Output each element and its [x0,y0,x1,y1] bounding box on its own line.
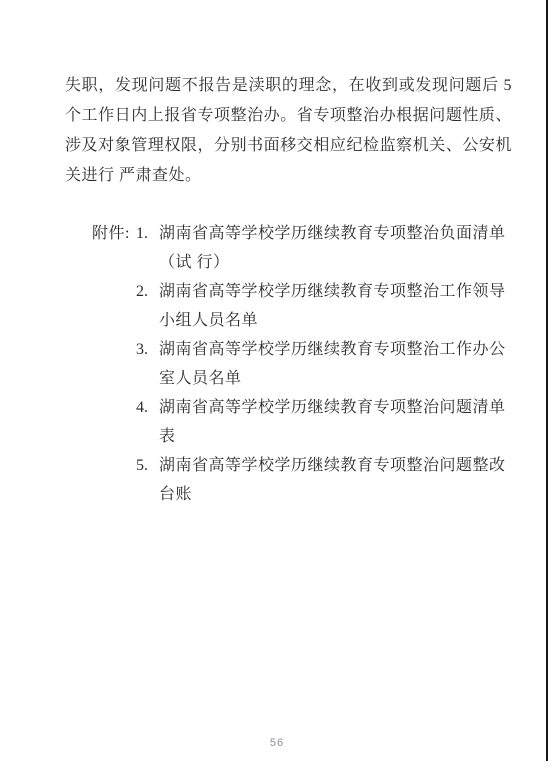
document-page: 失职，发现问题不报告是渎职的理念，在收到或发现问题后 5 个工作日内上报省专项整… [0,0,554,783]
body-paragraph: 失职，发现问题不报告是渎职的理念，在收到或发现问题后 5 个工作日内上报省专项整… [65,71,512,191]
attachments-label: 附件: [92,219,136,248]
attachments-list: 1. 湖南省高等学校学历继续教育专项整治负面清单（试 行） 2. 湖南省高等学校… [136,219,513,509]
list-item: 1. 湖南省高等学校学历继续教育专项整治负面清单（试 行） [136,219,513,277]
list-item-text: 湖南省高等学校学历继续教育专项整治工作办公室人员名单 [159,335,513,393]
list-item-text: 湖南省高等学校学历继续教育专项整治问题整改台账 [159,451,513,509]
scan-edge-line [546,0,548,761]
list-item-text: 湖南省高等学校学历继续教育专项整治工作领导小组人员名单 [159,277,513,335]
list-item-number: 5. [136,451,159,480]
list-item: 4. 湖南省高等学校学历继续教育专项整治问题清单表 [136,393,513,451]
list-item: 2. 湖南省高等学校学历继续教育专项整治工作领导小组人员名单 [136,277,513,335]
list-item-number: 1. [136,219,159,248]
list-item: 3. 湖南省高等学校学历继续教育专项整治工作办公室人员名单 [136,335,513,393]
list-item-number: 4. [136,393,159,422]
list-item-number: 2. [136,277,159,306]
page-number: 56 [0,737,554,749]
list-item-text: 湖南省高等学校学历继续教育专项整治问题清单表 [159,393,513,451]
list-item-text: 湖南省高等学校学历继续教育专项整治负面清单（试 行） [159,219,513,277]
list-item: 5. 湖南省高等学校学历继续教育专项整治问题整改台账 [136,451,513,509]
attachments-block: 附件: 1. 湖南省高等学校学历继续教育专项整治负面清单（试 行） 2. 湖南省… [92,219,513,509]
list-item-number: 3. [136,335,159,364]
